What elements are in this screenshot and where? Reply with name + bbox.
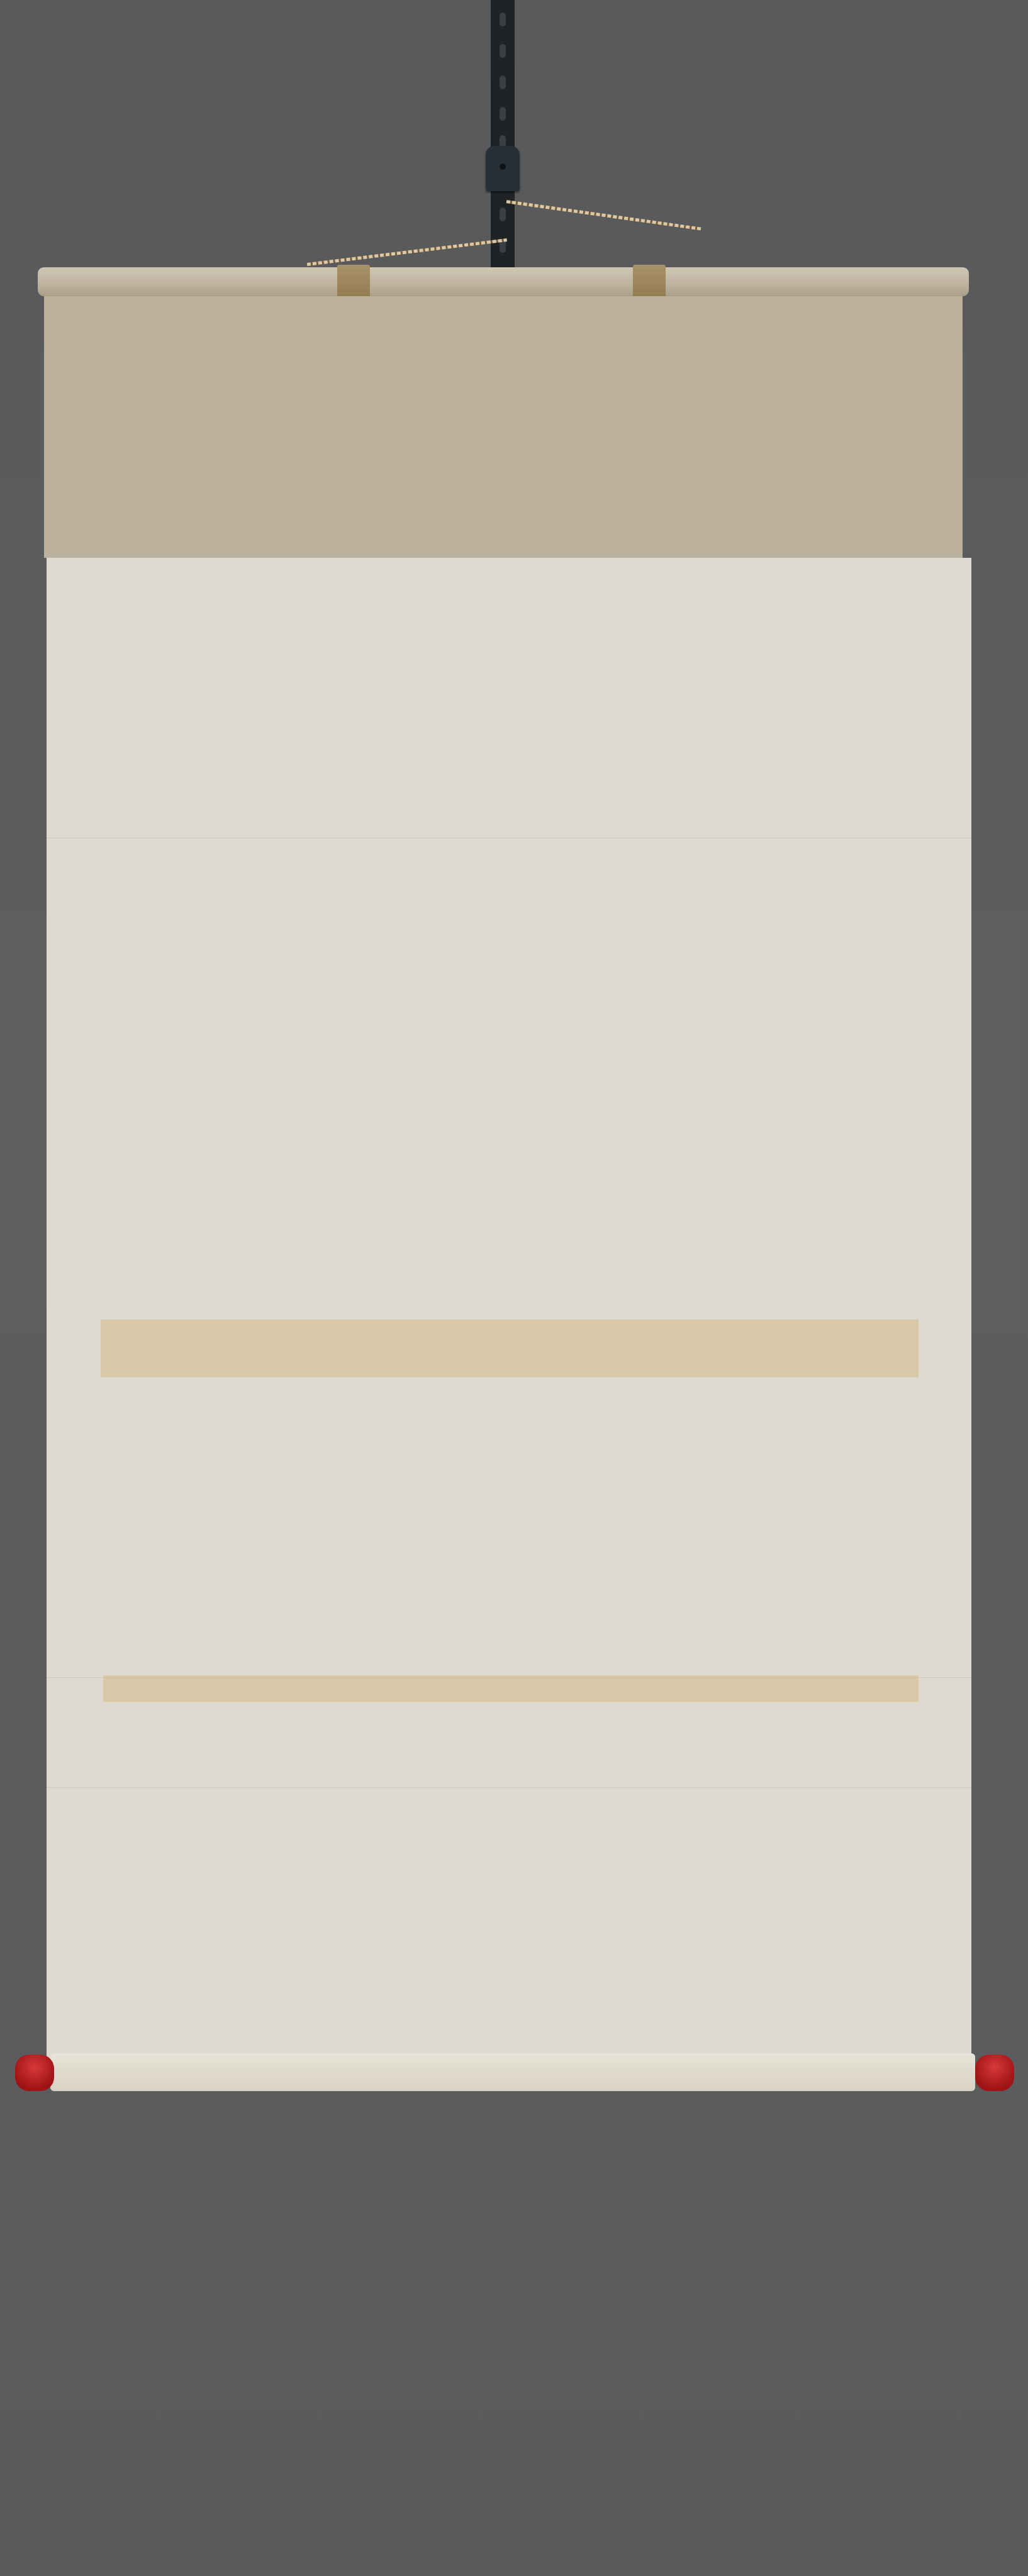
top-panel (44, 296, 963, 558)
hanging-cord-left (307, 238, 507, 266)
bottom-roller (50, 2053, 975, 2091)
hanging-scroll (38, 267, 969, 2079)
strap-left (337, 265, 370, 299)
body-panel (47, 558, 971, 2080)
roller-end-right (975, 2055, 1014, 2091)
stain-upper (101, 1319, 919, 1377)
wall-rail (491, 0, 515, 267)
roller-end-left (15, 2055, 54, 2091)
hanging-cord-right (506, 200, 701, 230)
hanging-clip (486, 146, 520, 191)
stain-lower (103, 1675, 919, 1702)
top-rod (38, 267, 969, 296)
strap-right (633, 265, 666, 299)
